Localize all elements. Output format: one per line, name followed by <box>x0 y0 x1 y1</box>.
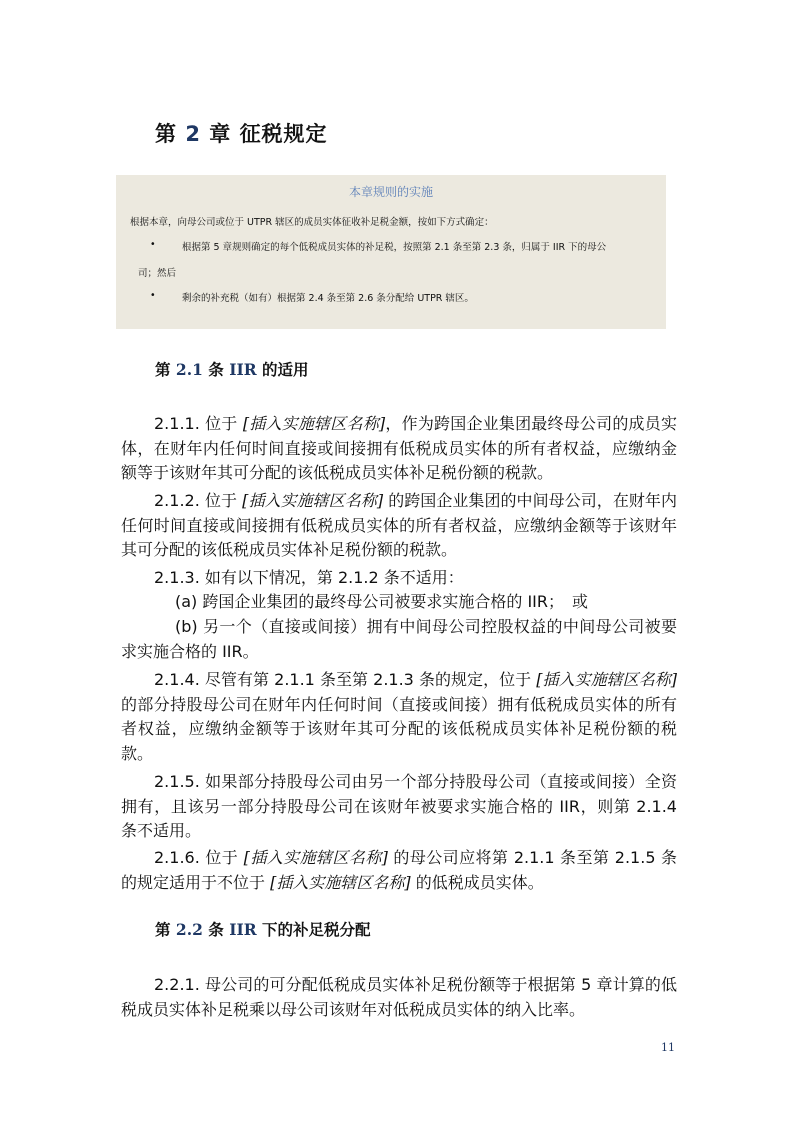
placeholder-text: [插入实施辖区名称] <box>244 848 388 867</box>
chapter-title: 第 2 章 征税规定 <box>155 118 328 148</box>
section-number: 2.1 <box>176 360 203 379</box>
placeholder-text: [插入实施辖区名称] <box>242 491 383 510</box>
paragraph-2-1-5: 2.1.5. 如果部分持股母公司由另一个部分持股母公司（直接或间接）全资拥有，且… <box>121 770 677 844</box>
paragraph-number: 2.1.6. <box>154 848 200 867</box>
paragraph-number: 2.1.4. <box>154 670 200 689</box>
section-prefix: 第 <box>155 360 171 379</box>
paragraph-2-2-1: 2.2.1. 母公司的可分配低税成员实体补足税份额等于根据第 5 章计算的低税成… <box>121 973 677 1022</box>
bullet-text: 剩余的补充税（如有）根据第 2.4 条至第 2.6 条分配给 UTPR 辖区。 <box>182 293 474 304</box>
paragraph-2-1-6: 2.1.6. 位于 [插入实施辖区名称] 的母公司应将第 2.1.1 条至第 2… <box>121 846 677 895</box>
bullet-text: 根据第 5 章规则确定的每个低税成员实体的补足税，按照第 2.1 条至第 2.3… <box>182 242 606 253</box>
paragraph-2-1-1: 2.1.1. 位于 [插入实施辖区名称]，作为跨国企业集团最终母公司的成员实体，… <box>121 412 677 486</box>
section-acronym: IIR <box>229 920 256 939</box>
placeholder-text: [插入实施辖区名称] <box>270 873 411 892</box>
paragraph-number: 2.1.1. <box>154 414 200 433</box>
paragraph-number: 2.1.2. <box>154 491 200 510</box>
text: (b) 另一个（直接或间接）拥有中间母公司控股权益的中间母公司被要求实施合格的 … <box>121 617 677 661</box>
paragraph-number: 2.1.5. <box>154 772 200 791</box>
section-prefix: 第 <box>155 920 171 939</box>
placeholder-text: [插入实施辖区名称] <box>536 670 677 689</box>
text: 母公司的可分配低税成员实体补足税份额等于根据第 5 章计算的低税成员实体补足税乘… <box>121 975 677 1019</box>
bullet-icon: • <box>150 290 156 301</box>
text: 的部分持股母公司在财年内任何时间（直接或间接）拥有低税成员实体的所有者权益，应缴… <box>121 695 677 763</box>
list-item-a: (a) 跨国企业集团的最终母公司被要求实施合格的 IIR； 或 <box>121 590 677 615</box>
text: 位于 <box>205 491 237 510</box>
chapter-number: 2 <box>185 122 201 146</box>
chapter-title-text: 征税规定 <box>240 122 328 146</box>
list-item-b: (b) 另一个（直接或间接）拥有中间母公司控股权益的中间母公司被要求实施合格的 … <box>121 615 677 664</box>
section-title-text: 的适用 <box>262 360 309 379</box>
text: 位于 <box>205 414 237 433</box>
section-heading-2-1: 第 2.1 条 IIR 的适用 <box>155 358 309 380</box>
chapter-suffix: 章 <box>209 122 231 146</box>
page-number: 11 <box>661 1041 675 1054</box>
chapter-prefix: 第 <box>155 122 177 146</box>
text: 位于 <box>205 848 238 867</box>
text: 如有以下情况，第 2.1.2 条不适用： <box>205 568 464 587</box>
section-acronym: IIR <box>229 360 256 379</box>
paragraph-number: 2.2.1. <box>154 975 200 994</box>
placeholder-text: [插入实施辖区名称] <box>243 414 385 433</box>
box-intro: 根据本章，向母公司或位于 UTPR 辖区的成员实体征收补足税金额，按如下方式确定… <box>130 214 494 228</box>
text: 的低税成员实体。 <box>416 873 544 892</box>
paragraph-2-1-2: 2.1.2. 位于 [插入实施辖区名称] 的跨国企业集团的中间母公司，在财年内任… <box>121 489 677 563</box>
section-title-text: 下的补足税分配 <box>262 920 371 939</box>
paragraph-2-1-3: 2.1.3. 如有以下情况，第 2.1.2 条不适用： <box>121 566 677 591</box>
text: 如果部分持股母公司由另一个部分持股母公司（直接或间接）全资拥有，且该另一部分持股… <box>121 772 677 840</box>
paragraph-2-1-4: 2.1.4. 尽管有第 2.1.1 条至第 2.1.3 条的规定，位于 [插入实… <box>121 668 677 766</box>
section-middle: 条 <box>208 920 224 939</box>
text: (a) 跨国企业集团的最终母公司被要求实施合格的 IIR； 或 <box>175 592 588 611</box>
box-bullet-2: • 剩余的补充税（如有）根据第 2.4 条至第 2.6 条分配给 UTPR 辖区… <box>182 290 474 304</box>
text: 尽管有第 2.1.1 条至第 2.1.3 条的规定，位于 <box>205 670 531 689</box>
section-number: 2.2 <box>176 920 203 939</box>
section-middle: 条 <box>208 360 224 379</box>
box-bullet-1-continuation: 司；然后 <box>138 265 176 279</box>
box-title: 本章规则的实施 <box>116 183 666 200</box>
implementation-box: 本章规则的实施 根据本章，向母公司或位于 UTPR 辖区的成员实体征收补足税金额… <box>116 175 666 329</box>
box-bullet-1: • 根据第 5 章规则确定的每个低税成员实体的补足税，按照第 2.1 条至第 2… <box>182 239 606 253</box>
paragraph-number: 2.1.3. <box>154 568 200 587</box>
section-heading-2-2: 第 2.2 条 IIR 下的补足税分配 <box>155 918 371 940</box>
bullet-icon: • <box>150 239 156 250</box>
